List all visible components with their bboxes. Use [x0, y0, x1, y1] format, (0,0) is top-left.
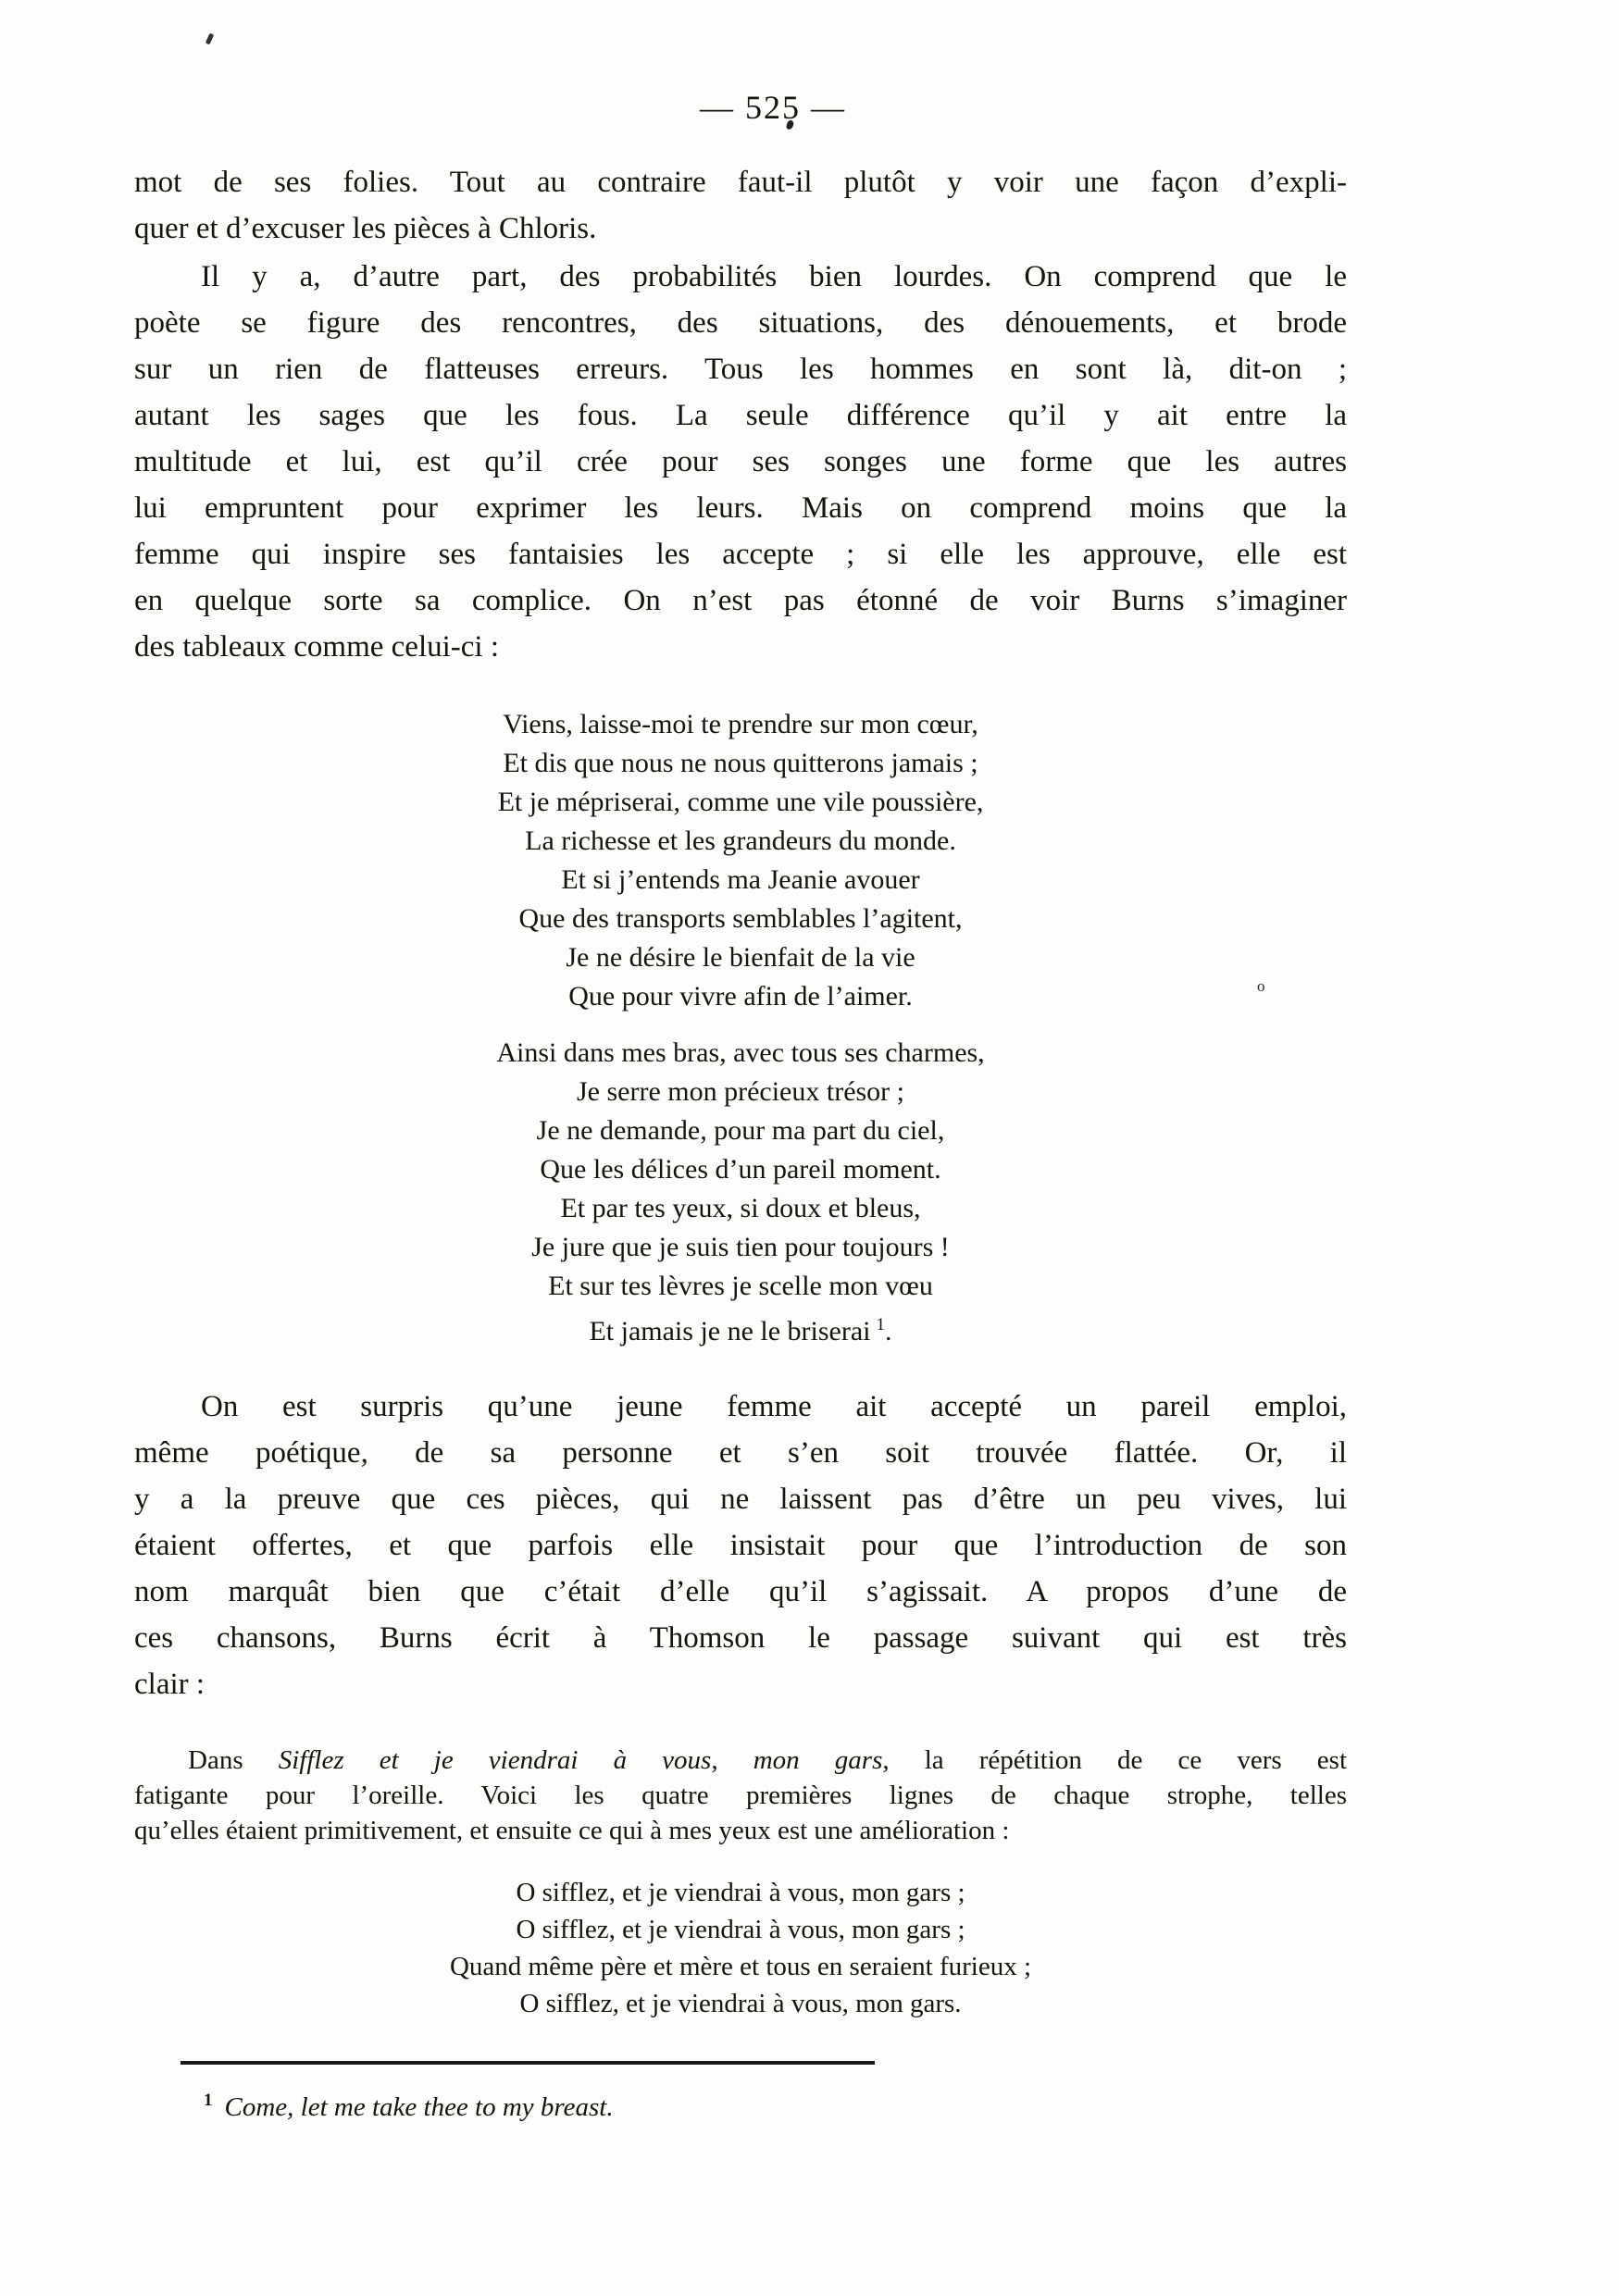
paragraph-1: mot de ses folies. Tout au contraire fau…	[134, 159, 1347, 252]
footnote-text: Come, let me take thee to my breast.	[225, 2092, 614, 2122]
text-line: en quelque sorte sa complice. On n’est p…	[134, 577, 1347, 624]
verse-punctuation: .	[885, 1316, 892, 1347]
poem-stanza-1: Viens, laisse-moi te prendre sur mon cœu…	[134, 705, 1347, 1016]
verse-line: La richesse et les grandeurs du monde.	[134, 822, 1347, 861]
text-line: On est surpris qu’une jeune femme ait ac…	[134, 1384, 1347, 1430]
verse-line: O sifflez, et je viendrai à vous, mon ga…	[134, 1911, 1347, 1948]
verse-line: Et sur tes lèvres je scelle mon vœu	[134, 1267, 1347, 1306]
footnote: 1Come, let me take thee to my breast.	[204, 2082, 614, 2126]
verse-line: Quand même père et mère et tous en serai…	[134, 1948, 1347, 1985]
footnote-number: 1	[204, 2091, 213, 2110]
verse-text: Et jamais je ne le briserai	[589, 1316, 870, 1347]
text-line: multitude et lui, est qu’il crée pour se…	[134, 439, 1347, 485]
verse-line: Que les délices d’un pareil moment.	[134, 1150, 1347, 1189]
text-line: autant les sages que les fous. La seule …	[134, 392, 1347, 439]
text-line: ces chansons, Burns écrit à Thomson le p…	[134, 1615, 1347, 1661]
verse-line: Ainsi dans mes bras, avec tous ses charm…	[134, 1034, 1347, 1073]
page-number: — 525 —	[134, 88, 1347, 127]
song-title-italic: Sifflez et je viendrai à vous	[279, 1745, 712, 1775]
text-line: lui empruntent pour exprimer les leurs. …	[134, 485, 1347, 531]
text-line: même poétique, de sa personne et s’en so…	[134, 1430, 1347, 1476]
verse-line: Je ne demande, pour ma part du ciel,	[134, 1111, 1347, 1150]
text-line: quer et d’excuser les pièces à Chloris.	[134, 205, 1347, 252]
verse-line: Je serre mon précieux trésor ;	[134, 1073, 1347, 1111]
text-line: Dans Sifflez et je viendrai à vous, mon …	[134, 1743, 1347, 1778]
text-line: femme qui inspire ses fantaisies les acc…	[134, 531, 1347, 577]
book-page: { "page": { "header": "— 525 —" }, "para…	[0, 0, 1619, 2296]
text-line: mot de ses folies. Tout au contraire fau…	[134, 159, 1347, 205]
verse-line: O sifflez, et je viendrai à vous, mon ga…	[134, 1985, 1347, 2022]
text-line: poète se figure des rencontres, des situ…	[134, 300, 1347, 346]
paragraph-2: Il y a, d’autre part, des probabilités b…	[134, 254, 1347, 670]
quote-roman: ,	[711, 1745, 753, 1775]
verse-line: Et si j’entends ma Jeanie avouer	[134, 861, 1347, 900]
footnote-marker: 1	[877, 1315, 886, 1334]
paragraph-3: On est surpris qu’une jeune femme ait ac…	[134, 1384, 1347, 1707]
text-line: qu’elles étaient primitivement, et ensui…	[134, 1813, 1347, 1848]
song-title-italic: mon gars	[753, 1745, 883, 1775]
quoted-passage: Dans Sifflez et je viendrai à vous, mon …	[134, 1743, 1347, 1848]
poem-stanza-2: Ainsi dans mes bras, avec tous ses charm…	[134, 1034, 1347, 1351]
verse-line-with-footnote: Et jamais je ne le briserai1.	[134, 1306, 1347, 1351]
text-line: Il y a, d’autre part, des probabilités b…	[134, 254, 1347, 300]
quoted-song-verse: O sifflez, et je viendrai à vous, mon ga…	[134, 1874, 1347, 2022]
text-line: fatigante pour l’oreille. Voici les quat…	[134, 1778, 1347, 1813]
verse-line: Que des transports semblables l’agitent,	[134, 900, 1347, 938]
verse-line: Viens, laisse-moi te prendre sur mon cœu…	[134, 705, 1347, 744]
text-line: nom marquât bien que c’était d’elle qu’i…	[134, 1569, 1347, 1615]
verse-line: Que pour vivre afin de l’aimer.	[134, 977, 1347, 1016]
scan-artifact: o	[1257, 977, 1265, 996]
scan-artifact	[205, 33, 214, 45]
text-line: clair :	[134, 1661, 1347, 1707]
text-line: étaient offertes, et que parfois elle in…	[134, 1522, 1347, 1569]
verse-line: Je ne désire le bienfait de la vie	[134, 938, 1347, 977]
text-line: sur un rien de flatteuses erreurs. Tous …	[134, 346, 1347, 392]
text-line: y a la preuve que ces pièces, qui ne lai…	[134, 1476, 1347, 1522]
verse-line: O sifflez, et je viendrai à vous, mon ga…	[134, 1874, 1347, 1911]
footnote-divider	[181, 2061, 875, 2065]
verse-line: Et dis que nous ne nous quitterons jamai…	[134, 744, 1347, 783]
verse-line: Et par tes yeux, si doux et bleus,	[134, 1189, 1347, 1228]
verse-line: Je jure que je suis tien pour toujours !	[134, 1228, 1347, 1267]
scan-artifact	[786, 119, 795, 130]
verse-line: Et je mépriserai, comme une vile poussiè…	[134, 783, 1347, 822]
quote-roman: , la répétition de ce vers est	[882, 1745, 1347, 1775]
quote-roman: Dans	[188, 1745, 279, 1775]
text-line: des tableaux comme celui-ci :	[134, 624, 1347, 670]
